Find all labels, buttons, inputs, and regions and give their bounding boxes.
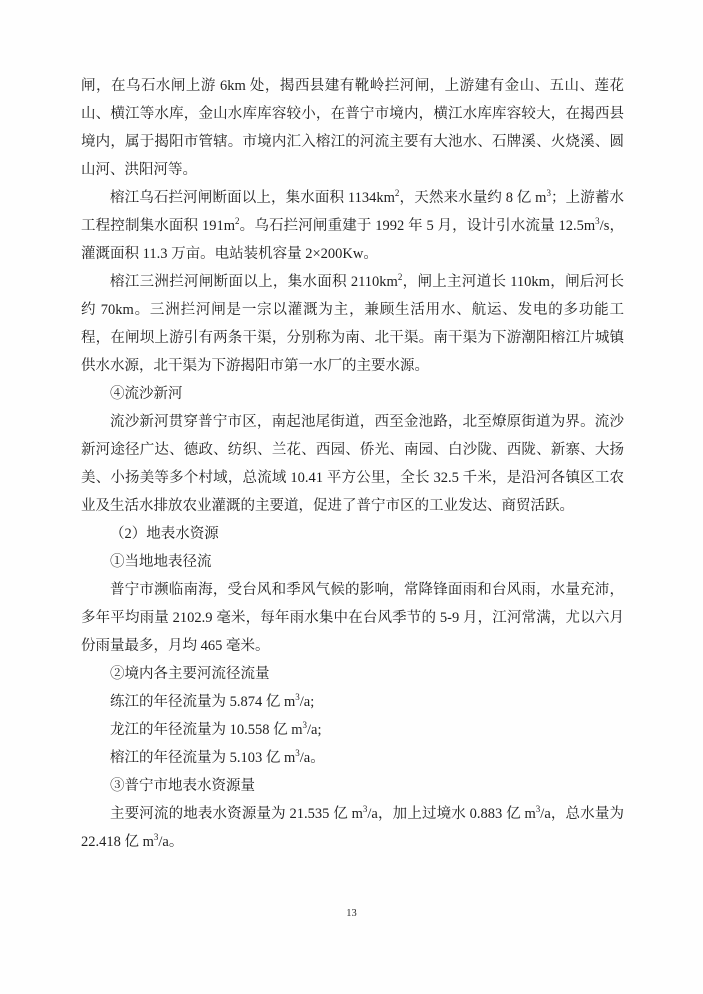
paragraph-text: ②境内各主要河流径流量	[110, 666, 270, 682]
paragraph-heading-surface-water: （2）地表水资源	[81, 520, 624, 548]
paragraph-3: 榕江三洲拦河闸断面以上，集水面积 2110km2，闸上主河道长 110km，闸后…	[81, 268, 624, 380]
paragraph-heading-4: ④流沙新河	[81, 380, 624, 408]
paragraph-lianjiang: 练江的年径流量为 5.874 亿 m3/a;	[81, 688, 624, 716]
paragraph-text: 练江的年径流量为 5.874 亿 m	[110, 694, 295, 710]
paragraph-longjiang: 龙江的年径流量为 10.558 亿 m3/a;	[81, 716, 624, 744]
paragraph-text: 榕江三洲拦河闸断面以上，集水面积 2110km	[110, 274, 398, 290]
paragraph-text: 闸，在乌石水闸上游 6km 处，揭西县建有靴岭拦河闸，上游建有金山、五山、莲花山…	[81, 78, 624, 178]
paragraph-rongjiang: 榕江的年径流量为 5.103 亿 m3/a。	[81, 744, 624, 772]
paragraph-text: ③普宁市地表水资源量	[110, 778, 255, 794]
paragraph-text: 榕江的年径流量为 5.103 亿 m	[110, 750, 295, 766]
paragraph-text: 榕江乌石拦河闸断面以上，集水面积 1134km	[110, 190, 395, 206]
paragraph-text: 。乌石拦河闸重建于 1992 年 5 月，设计引水流量 12.5m	[240, 218, 596, 234]
paragraph-text: /a;	[307, 722, 322, 738]
document-body: 闸，在乌石水闸上游 6km 处，揭西县建有靴岭拦河闸，上游建有金山、五山、莲花山…	[81, 72, 624, 856]
paragraph-text: /a，加上过境水 0.883 亿 m	[367, 806, 535, 822]
paragraph-heading-river-runoff: ②境内各主要河流径流量	[81, 660, 624, 688]
paragraph-8: 普宁市濒临南海，受台风和季风气候的影响，常降锋面雨和台风雨，水量充沛，多年平均雨…	[81, 576, 624, 660]
paragraph-2: 榕江乌石拦河闸断面以上，集水面积 1134km2，天然来水量约 8 亿 m3；上…	[81, 184, 624, 268]
document-page: 闸，在乌石水闸上游 6km 处，揭西县建有靴岭拦河闸，上游建有金山、五山、莲花山…	[0, 0, 703, 994]
paragraph-heading-local-runoff: ①当地地表径流	[81, 548, 624, 576]
paragraph-text: ①当地地表径流	[110, 554, 212, 570]
page-number: 13	[346, 908, 357, 919]
paragraph-text: 普宁市濒临南海，受台风和季风气候的影响，常降锋面雨和台风雨，水量充沛，多年平均雨…	[81, 582, 624, 654]
paragraph-heading-total-resource: ③普宁市地表水资源量	[81, 772, 624, 800]
paragraph-text: ，天然来水量约 8 亿 m	[399, 190, 546, 206]
paragraph-5: 流沙新河贯穿普宁市区，南起池尾街道，西至金池路，北至燎原街道为界。流沙新河途径广…	[81, 408, 624, 520]
paragraph-text: 主要河流的地表水资源量为 21.535 亿 m	[110, 806, 363, 822]
paragraph-text: （2）地表水资源	[110, 526, 219, 542]
paragraph-text: /a。	[300, 750, 325, 766]
paragraph-text: /a。	[158, 834, 183, 850]
paragraph-text: /a;	[300, 694, 315, 710]
paragraph-text: ④流沙新河	[110, 386, 183, 402]
paragraph-1: 闸，在乌石水闸上游 6km 处，揭西县建有靴岭拦河闸，上游建有金山、五山、莲花山…	[81, 72, 624, 184]
paragraph-text: 龙江的年径流量为 10.558 亿 m	[110, 722, 303, 738]
paragraph-14: 主要河流的地表水资源量为 21.535 亿 m3/a，加上过境水 0.883 亿…	[81, 800, 624, 856]
paragraph-text: 流沙新河贯穿普宁市区，南起池尾街道，西至金池路，北至燎原街道为界。流沙新河途径广…	[81, 414, 624, 514]
page-footer: 13	[0, 908, 703, 919]
